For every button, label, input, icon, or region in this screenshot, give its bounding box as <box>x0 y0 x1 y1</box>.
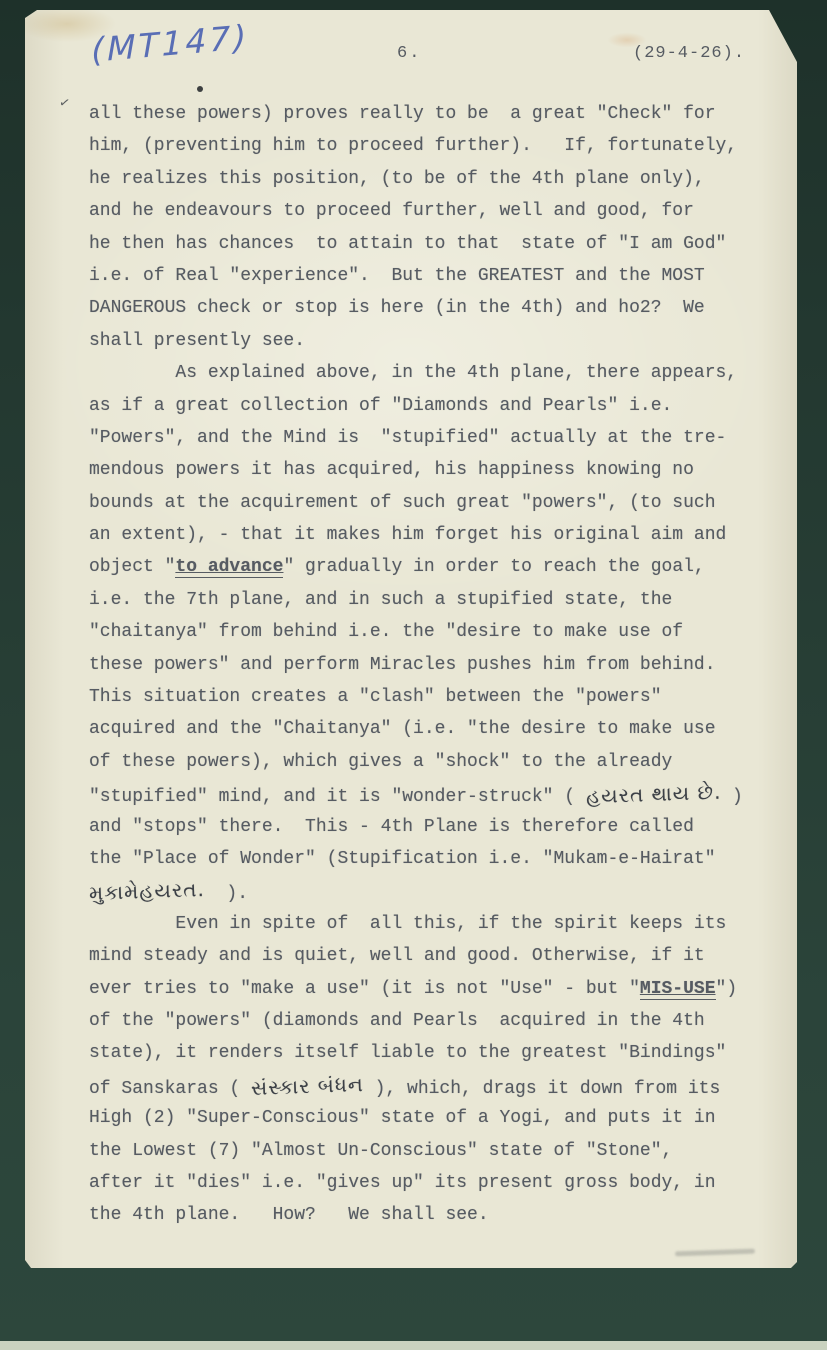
text-line: mind steady and is quiet, well and good.… <box>89 940 789 972</box>
text-line: i.e. the 7th plane, and in such a stupif… <box>89 584 789 616</box>
typed-text: and he endeavours to proceed further, we… <box>89 201 694 221</box>
typed-text: mind steady and is quiet, well and good.… <box>89 946 705 966</box>
text-line: Even in spite of all this, if the spirit… <box>89 908 789 940</box>
text-line: the Lowest (7) "Almost Un-Conscious" sta… <box>89 1135 789 1167</box>
text-line: As explained above, in the 4th plane, th… <box>89 357 789 389</box>
text-line: the 4th plane. How? We shall see. <box>89 1199 789 1231</box>
typed-text: an extent), - that it makes him forget h… <box>89 525 726 545</box>
text-line: mendous powers it has acquired, his happ… <box>89 454 789 486</box>
text-line: bounds at the acquirement of such great … <box>89 487 789 519</box>
text-line: object "to advance" gradually in order t… <box>89 551 789 583</box>
scan-background: (MT147) 6. (29-4-26). ✓ all these powers… <box>0 0 827 1350</box>
typed-text: DANGEROUS check or stop is here (in the … <box>89 298 705 318</box>
text-line: i.e. of Real "experience". But the GREAT… <box>89 260 789 292</box>
underlined-text: to advance <box>175 557 283 578</box>
typed-text: of Sanskaras ( <box>89 1079 251 1099</box>
underlined-text: MIS-USE <box>640 979 716 1000</box>
typed-text: as if a great collection of "Diamonds an… <box>89 396 672 416</box>
ink-dot <box>197 86 203 92</box>
typed-text: state), it renders itself liable to the … <box>89 1043 726 1063</box>
scan-edge-strip <box>0 1341 827 1350</box>
typed-text: ) <box>721 787 743 807</box>
typed-text: "stupified" mind, and it is "wonder-stru… <box>89 787 586 807</box>
typed-text: of these powers), which gives a "shock" … <box>89 752 672 772</box>
typed-text: ever tries to "make a use" (it is not "U… <box>89 979 640 999</box>
typed-text: High (2) "Super-Conscious" state of a Yo… <box>89 1108 716 1128</box>
text-line: of Sanskaras ( સંસ્કાર બંધન ), which, dr… <box>89 1070 789 1102</box>
date-stamp: (29-4-26). <box>633 44 745 63</box>
document-page: (MT147) 6. (29-4-26). ✓ all these powers… <box>25 10 797 1268</box>
typed-text: "chaitanya" from behind i.e. the "desire… <box>89 622 683 642</box>
typed-text: he then has chances to attain to that st… <box>89 234 726 254</box>
typed-text: the Lowest (7) "Almost Un-Conscious" sta… <box>89 1141 672 1161</box>
paragraph: all these powers) proves really to be a … <box>89 98 789 357</box>
text-line: "stupified" mind, and it is "wonder-stru… <box>89 778 789 810</box>
typed-text: acquired and the "Chaitanya" (i.e. "the … <box>89 719 716 739</box>
typed-text: "Powers", and the Mind is "stupified" ac… <box>89 428 726 448</box>
text-line: DANGEROUS check or stop is here (in the … <box>89 292 789 324</box>
text-line: him, (preventing him to proceed further)… <box>89 130 789 162</box>
text-line: "Powers", and the Mind is "stupified" ac… <box>89 422 789 454</box>
paragraph: Even in spite of all this, if the spirit… <box>89 908 789 1232</box>
text-line: all these powers) proves really to be a … <box>89 98 789 130</box>
text-line: as if a great collection of "Diamonds an… <box>89 390 789 422</box>
typed-text: of the "powers" (diamonds and Pearls acq… <box>89 1011 705 1031</box>
typed-text: object " <box>89 557 175 577</box>
page-number: 6. <box>397 44 421 63</box>
text-line: This situation creates a "clash" between… <box>89 681 789 713</box>
typed-text: This situation creates a "clash" between… <box>89 687 662 707</box>
typed-text: the 4th plane. How? We shall see. <box>89 1205 489 1225</box>
typed-text: i.e. the 7th plane, and in such a stupif… <box>89 590 672 610</box>
typed-text: him, (preventing him to proceed further)… <box>89 136 737 156</box>
typed-text: ), which, drags it down from its <box>364 1079 720 1099</box>
typed-text: Even in spite of all this, if the spirit… <box>89 914 726 934</box>
text-line: ever tries to "make a use" (it is not "U… <box>89 973 789 1005</box>
text-line: after it "dies" i.e. "gives up" its pres… <box>89 1167 789 1199</box>
pencil-smudge <box>675 1249 755 1257</box>
text-line: acquired and the "Chaitanya" (i.e. "the … <box>89 713 789 745</box>
text-line: High (2) "Super-Conscious" state of a Yo… <box>89 1102 789 1134</box>
typed-text: " gradually in order to reach the goal, <box>283 557 704 577</box>
typed-text: these powers" and perform Miracles pushe… <box>89 655 716 675</box>
text-line: he then has chances to attain to that st… <box>89 228 789 260</box>
typed-text: As explained above, in the 4th plane, th… <box>89 363 737 383</box>
gujarati-handwriting: હયરત થાય છે. <box>585 776 721 813</box>
check-mark-icon: ✓ <box>58 95 72 112</box>
text-line: of the "powers" (diamonds and Pearls acq… <box>89 1005 789 1037</box>
typed-text: he realizes this position, (to be of the… <box>89 169 705 189</box>
text-line: મુકામેહયરત. ). <box>89 875 789 907</box>
typed-text: bounds at the acquirement of such great … <box>89 493 716 513</box>
text-line: an extent), - that it makes him forget h… <box>89 519 789 551</box>
typed-text: ") <box>716 979 738 999</box>
typed-text: mendous powers it has acquired, his happ… <box>89 460 694 480</box>
document-body: all these powers) proves really to be a … <box>89 98 789 1232</box>
typed-text: all these powers) proves really to be a … <box>89 104 716 124</box>
text-line: these powers" and perform Miracles pushe… <box>89 649 789 681</box>
gujarati-handwriting: મુકામેહયરત. <box>88 873 205 909</box>
typed-text: shall presently see. <box>89 331 305 351</box>
text-line: state), it renders itself liable to the … <box>89 1037 789 1069</box>
text-line: and he endeavours to proceed further, we… <box>89 195 789 227</box>
text-line: the "Place of Wonder" (Stupification i.e… <box>89 843 789 875</box>
typed-text: ). <box>205 884 248 904</box>
gujarati-handwriting: સંસ્કાર બંધન <box>251 1068 365 1104</box>
typed-text: the "Place of Wonder" (Stupification i.e… <box>89 849 716 869</box>
text-line: he realizes this position, (to be of the… <box>89 163 789 195</box>
typed-text: and "stops" there. This - 4th Plane is t… <box>89 817 694 837</box>
handwritten-annotation: (MT147) <box>91 17 249 70</box>
text-line: of these powers), which gives a "shock" … <box>89 746 789 778</box>
typed-text: after it "dies" i.e. "gives up" its pres… <box>89 1173 716 1193</box>
typed-text: i.e. of Real "experience". But the GREAT… <box>89 266 705 286</box>
paragraph: As explained above, in the 4th plane, th… <box>89 357 789 908</box>
text-line: shall presently see. <box>89 325 789 357</box>
text-line: and "stops" there. This - 4th Plane is t… <box>89 811 789 843</box>
text-line: "chaitanya" from behind i.e. the "desire… <box>89 616 789 648</box>
